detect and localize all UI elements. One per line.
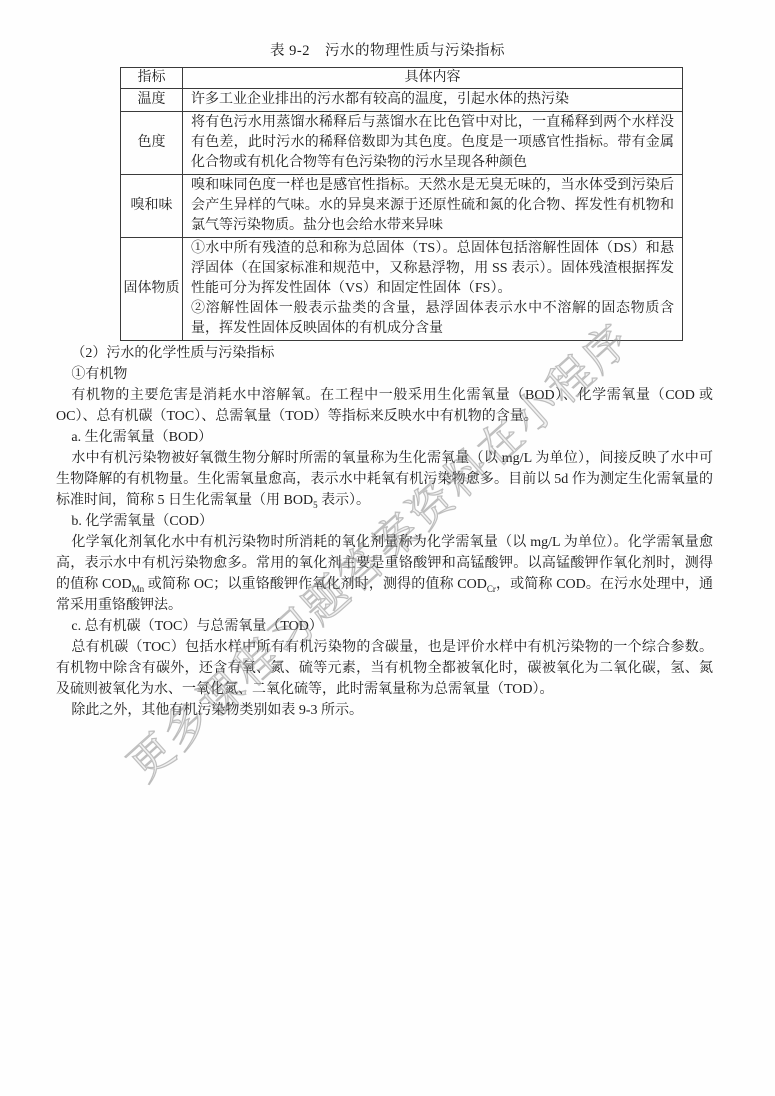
- detail-paragraph: ①水中所有残渣的总和称为总固体（TS）。总固体包括溶解性固体（DS）和悬浮固体（…: [191, 239, 674, 299]
- document-page: 更多课程习题答案资料在小程序 表 9-2 污水的物理性质与污染指标 指标 具体内…: [0, 0, 775, 1096]
- text-run: 除此之外，其他有机污染物类别如表 9-3 所示。: [71, 703, 363, 718]
- body-paragraph: a. 生化需氧量（BOD）: [56, 427, 713, 448]
- body-text: （2）污水的化学性质与污染指标①有机物有机物的主要危害是消耗水中溶解氧。在工程中…: [56, 343, 713, 721]
- subscript-text: Cr: [487, 584, 496, 594]
- text-run: c. 总有机碳（TOC）与总需氧量（TOD）: [71, 619, 322, 634]
- text-run: 或简称 OC；以重铬酸钾作氧化剂时，测得的值称 COD: [144, 577, 487, 592]
- body-paragraph: b. 化学需氧量（COD）: [56, 511, 713, 532]
- text-run: 水中有机污染物被好氧微生物分解时所需的氧量称为生化需氧量（以 mg/L 为单位）…: [56, 451, 713, 508]
- text-run: 总有机碳（TOC）包括水样中所有有机污染物的含碳量，也是评价水样中有机污染物的一…: [56, 640, 713, 697]
- detail-paragraph: 将有色污水用蒸馏水稀释后与蒸馏水在比色管中对比，一直稀释到两个水样没有色差，此时…: [191, 113, 674, 173]
- detail-cell: ①水中所有残渣的总和称为总固体（TS）。总固体包括溶解性固体（DS）和悬浮固体（…: [183, 238, 683, 341]
- header-indicator: 指标: [121, 68, 183, 89]
- body-paragraph: c. 总有机碳（TOC）与总需氧量（TOD）: [56, 616, 713, 637]
- detail-paragraph: ②溶解性固体一般表示盐类的含量，悬浮固体表示水中不溶解的固态物质含量，挥发性固体…: [191, 299, 674, 339]
- detail-cell: 将有色污水用蒸馏水稀释后与蒸馏水在比色管中对比，一直稀释到两个水样没有色差，此时…: [183, 112, 683, 175]
- body-paragraph: 化学氧化剂氧化水中有机污染物时所消耗的氧化剂量称为化学需氧量（以 mg/L 为单…: [56, 532, 713, 616]
- text-run: ①水中所有残渣的总和称为总固体（TS）。总固体包括溶解性固体（DS）和悬浮固体（…: [191, 241, 674, 296]
- indicator-cell: 色度: [121, 112, 183, 175]
- text-run: b. 化学需氧量（COD）: [71, 514, 213, 529]
- detail-paragraph: 许多工业企业排出的污水都有较高的温度，引起水体的热污染: [191, 90, 674, 110]
- table-caption: 表 9-2 污水的物理性质与污染指标: [0, 39, 775, 60]
- table-row: 色度将有色污水用蒸馏水稀释后与蒸馏水在比色管中对比，一直稀释到两个水样没有色差，…: [121, 112, 683, 175]
- text-run: a. 生化需氧量（BOD）: [71, 430, 212, 445]
- header-detail: 具体内容: [183, 68, 683, 89]
- text-run: 嗅和味同色度一样也是感官性指标。天然水是无臭无味的，当水体受到污染后会产生异样的…: [191, 178, 674, 233]
- body-paragraph: 有机物的主要危害是消耗水中溶解氧。在工程中一般采用生化需氧量（BOD）、化学需氧…: [56, 385, 713, 427]
- indicator-cell: 固体物质: [121, 238, 183, 341]
- indicator-cell: 温度: [121, 89, 183, 112]
- text-run: ②溶解性固体一般表示盐类的含量，悬浮固体表示水中不溶解的固态物质含量，挥发性固体…: [191, 301, 674, 336]
- detail-cell: 嗅和味同色度一样也是感官性指标。天然水是无臭无味的，当水体受到污染后会产生异样的…: [183, 175, 683, 238]
- table-header-row: 指标 具体内容: [121, 68, 683, 89]
- subscript-text: Mn: [132, 584, 145, 594]
- text-run: ①有机物: [71, 367, 127, 382]
- physical-properties-table: 指标 具体内容 温度许多工业企业排出的污水都有较高的温度，引起水体的热污染色度将…: [120, 67, 683, 341]
- body-paragraph: （2）污水的化学性质与污染指标: [56, 343, 713, 364]
- body-paragraph: 总有机碳（TOC）包括水样中所有有机污染物的含碳量，也是评价水样中有机污染物的一…: [56, 637, 713, 700]
- text-run: 表示）。: [318, 493, 371, 508]
- body-paragraph: ①有机物: [56, 364, 713, 385]
- indicator-cell: 嗅和味: [121, 175, 183, 238]
- body-paragraph: 水中有机污染物被好氧微生物分解时所需的氧量称为生化需氧量（以 mg/L 为单位）…: [56, 448, 713, 511]
- text-run: 有机物的主要危害是消耗水中溶解氧。在工程中一般采用生化需氧量（BOD）、化学需氧…: [56, 388, 713, 424]
- detail-cell: 许多工业企业排出的污水都有较高的温度，引起水体的热污染: [183, 89, 683, 112]
- table-row: 固体物质①水中所有残渣的总和称为总固体（TS）。总固体包括溶解性固体（DS）和悬…: [121, 238, 683, 341]
- body-paragraph: 除此之外，其他有机污染物类别如表 9-3 所示。: [56, 700, 713, 721]
- text-run: （2）污水的化学性质与污染指标: [71, 346, 274, 361]
- detail-paragraph: 嗅和味同色度一样也是感官性指标。天然水是无臭无味的，当水体受到污染后会产生异样的…: [191, 176, 674, 236]
- text-run: 许多工业企业排出的污水都有较高的温度，引起水体的热污染: [191, 92, 569, 107]
- table-row: 嗅和味嗅和味同色度一样也是感官性指标。天然水是无臭无味的，当水体受到污染后会产生…: [121, 175, 683, 238]
- text-run: 将有色污水用蒸馏水稀释后与蒸馏水在比色管中对比，一直稀释到两个水样没有色差，此时…: [191, 115, 674, 170]
- table-row: 温度许多工业企业排出的污水都有较高的温度，引起水体的热污染: [121, 89, 683, 112]
